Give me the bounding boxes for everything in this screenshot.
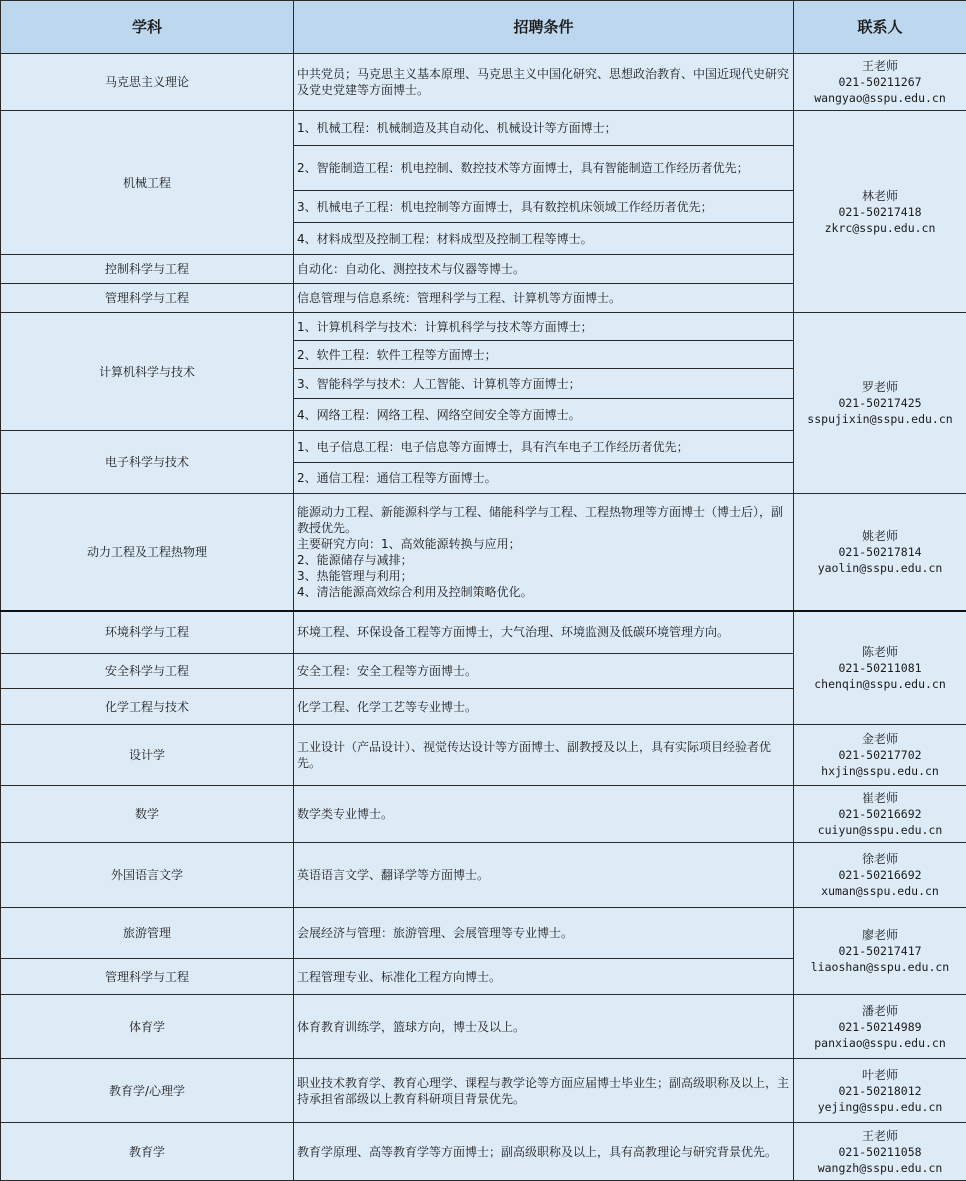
subject-cell: 马克思主义理论 (1, 54, 294, 111)
requirement-line: 3、热能管理与利用； (297, 568, 790, 584)
table-row: 数学 数学类专业博士。 崔老师 021-50216692 cuiyun@sspu… (1, 786, 966, 843)
contact-phone: 021-50211267 (794, 74, 966, 90)
subject-cell: 计算机科学与技术 (1, 313, 294, 431)
table-row: 计算机科学与技术 1、计算机科学与技术：计算机科学与技术等方面博士； 罗老师 0… (1, 313, 966, 341)
subject-cell: 管理科学与工程 (1, 959, 294, 995)
subject-cell: 外国语言文学 (1, 843, 294, 908)
contact-cell: 罗老师 021-50217425 sspujixin@sspu.edu.cn (794, 313, 966, 494)
contact-email: sspujixin@sspu.edu.cn (794, 411, 966, 427)
contact-email: panxiao@sspu.edu.cn (794, 1035, 966, 1051)
subject-cell: 教育学/心理学 (1, 1059, 294, 1123)
contact-cell: 廖老师 021-50217417 liaoshan@sspu.edu.cn (794, 908, 966, 995)
table-row: 教育学/心理学 职业技术教育学、教育心理学、课程与教学论等方面应届博士毕业生；副… (1, 1059, 966, 1123)
requirement-cell: 数学类专业博士。 (294, 786, 794, 843)
contact-phone: 021-50217417 (794, 943, 966, 959)
subject-cell: 教育学 (1, 1123, 294, 1181)
contact-email: liaoshan@sspu.edu.cn (794, 959, 966, 975)
table-row: 教育学 教育学原理、高等教育学等方面博士；副高级职称及以上，具有高教理论与研究背… (1, 1123, 966, 1181)
requirement-cell: 2、通信工程：通信工程等方面博士。 (294, 463, 794, 494)
table-row: 机械工程 1、机械工程：机械制造及其自动化、机械设计等方面博士； 林老师 021… (1, 111, 966, 146)
contact-phone: 021-50216692 (794, 867, 966, 883)
header-requirements: 招聘条件 (294, 1, 794, 54)
contact-email: wangzh@sspu.edu.cn (794, 1160, 966, 1176)
requirement-cell: 1、计算机科学与技术：计算机科学与技术等方面博士； (294, 313, 794, 341)
subject-cell: 旅游管理 (1, 908, 294, 959)
requirement-cell: 信息管理与信息系统：管理科学与工程、计算机等方面博士。 (294, 284, 794, 313)
contact-phone: 021-50217418 (794, 204, 966, 220)
contact-email: hxjin@sspu.edu.cn (794, 763, 966, 779)
requirement-cell: 3、机械电子工程：机电控制等方面博士，具有数控机床领域工作经历者优先； (294, 191, 794, 223)
subject-cell: 安全科学与工程 (1, 654, 294, 689)
requirement-cell: 1、电子信息工程：电子信息等方面博士，具有汽车电子工作经历者优先； (294, 431, 794, 463)
subject-cell: 管理科学与工程 (1, 284, 294, 313)
contact-name: 林老师 (794, 188, 966, 204)
contact-email: chenqin@sspu.edu.cn (794, 676, 966, 692)
contact-cell: 王老师 021-50211058 wangzh@sspu.edu.cn (794, 1123, 966, 1181)
contact-email: wangyao@sspu.edu.cn (794, 90, 966, 106)
requirement-cell: 职业技术教育学、教育心理学、课程与教学论等方面应届博士毕业生；副高级职称及以上，… (294, 1059, 794, 1123)
table-row: 旅游管理 会展经济与管理：旅游管理、会展管理等专业博士。 廖老师 021-502… (1, 908, 966, 959)
contact-email: xuman@sspu.edu.cn (794, 883, 966, 899)
contact-cell: 陈老师 021-50211081 chenqin@sspu.edu.cn (794, 611, 966, 725)
contact-cell: 潘老师 021-50214989 panxiao@sspu.edu.cn (794, 995, 966, 1059)
recruitment-table: 学科 招聘条件 联系人 马克思主义理论 中共党员；马克思主义基本原理、马克思主义… (0, 0, 966, 1181)
subject-cell: 设计学 (1, 725, 294, 786)
contact-name: 廖老师 (794, 927, 966, 943)
contact-phone: 021-50216692 (794, 806, 966, 822)
contact-name: 陈老师 (794, 644, 966, 660)
contact-name: 罗老师 (794, 379, 966, 395)
requirement-cell: 4、网络工程：网络工程、网络空间安全等方面博士。 (294, 399, 794, 431)
subject-cell: 环境科学与工程 (1, 611, 294, 654)
subject-cell: 体育学 (1, 995, 294, 1059)
requirement-cell: 能源动力工程、新能源科学与工程、储能科学与工程、工程热物理等方面博士（博士后），… (294, 494, 794, 611)
contact-phone: 021-50217814 (794, 544, 966, 560)
header-row: 学科 招聘条件 联系人 (1, 1, 966, 54)
contact-cell: 崔老师 021-50216692 cuiyun@sspu.edu.cn (794, 786, 966, 843)
requirement-cell: 教育学原理、高等教育学等方面博士；副高级职称及以上，具有高教理论与研究背景优先。 (294, 1123, 794, 1181)
header-contact: 联系人 (794, 1, 966, 54)
requirement-cell: 4、材料成型及控制工程：材料成型及控制工程等博士。 (294, 223, 794, 255)
table-row: 设计学 工业设计（产品设计）、视觉传达设计等方面博士、副教授及以上，具有实际项目… (1, 725, 966, 786)
contact-name: 王老师 (794, 58, 966, 74)
requirement-line: 主要研究方向：1、高效能源转换与应用； (297, 536, 790, 552)
requirement-line: 2、能源储存与减排； (297, 552, 790, 568)
requirement-cell: 中共党员；马克思主义基本原理、马克思主义中国化研究、思想政治教育、中国近现代史研… (294, 54, 794, 111)
subject-cell: 机械工程 (1, 111, 294, 255)
requirement-cell: 自动化：自动化、测控技术与仪器等博士。 (294, 255, 794, 284)
contact-email: yejing@sspu.edu.cn (794, 1099, 966, 1115)
contact-phone: 021-50217702 (794, 747, 966, 763)
contact-phone: 021-50211058 (794, 1144, 966, 1160)
requirement-cell: 3、智能科学与技术：人工智能、计算机等方面博士； (294, 369, 794, 399)
contact-name: 叶老师 (794, 1067, 966, 1083)
contact-email: cuiyun@sspu.edu.cn (794, 822, 966, 838)
subject-cell: 控制科学与工程 (1, 255, 294, 284)
requirement-cell: 体育教育训练学，篮球方向，博士及以上。 (294, 995, 794, 1059)
requirement-cell: 化学工程、化学工艺等专业博士。 (294, 689, 794, 725)
requirement-cell: 工业设计（产品设计）、视觉传达设计等方面博士、副教授及以上，具有实际项目经验者优… (294, 725, 794, 786)
subject-cell: 数学 (1, 786, 294, 843)
contact-email: yaolin@sspu.edu.cn (794, 560, 966, 576)
contact-cell: 金老师 021-50217702 hxjin@sspu.edu.cn (794, 725, 966, 786)
contact-phone: 021-50218012 (794, 1083, 966, 1099)
contact-cell: 林老师 021-50217418 zkrc@sspu.edu.cn (794, 111, 966, 313)
contact-email: zkrc@sspu.edu.cn (794, 220, 966, 236)
subject-cell: 电子科学与技术 (1, 431, 294, 494)
requirement-cell: 2、软件工程：软件工程等方面博士； (294, 341, 794, 369)
table-row: 动力工程及工程热物理 能源动力工程、新能源科学与工程、储能科学与工程、工程热物理… (1, 494, 966, 611)
table-row: 体育学 体育教育训练学，篮球方向，博士及以上。 潘老师 021-50214989… (1, 995, 966, 1059)
contact-name: 徐老师 (794, 851, 966, 867)
requirement-cell: 会展经济与管理：旅游管理、会展管理等专业博士。 (294, 908, 794, 959)
contact-name: 王老师 (794, 1128, 966, 1144)
requirement-cell: 工程管理专业、标准化工程方向博士。 (294, 959, 794, 995)
contact-name: 姚老师 (794, 528, 966, 544)
contact-name: 潘老师 (794, 1003, 966, 1019)
table-row: 马克思主义理论 中共党员；马克思主义基本原理、马克思主义中国化研究、思想政治教育… (1, 54, 966, 111)
contact-phone: 021-50211081 (794, 660, 966, 676)
requirement-cell: 英语语言文学、翻译学等方面博士。 (294, 843, 794, 908)
contact-name: 金老师 (794, 731, 966, 747)
requirement-line: 能源动力工程、新能源科学与工程、储能科学与工程、工程热物理等方面博士（博士后），… (297, 504, 790, 536)
contact-phone: 021-50217425 (794, 395, 966, 411)
contact-cell: 王老师 021-50211267 wangyao@sspu.edu.cn (794, 54, 966, 111)
table-row: 环境科学与工程 环境工程、环保设备工程等方面博士，大气治理、环境监测及低碳环境管… (1, 611, 966, 654)
requirement-cell: 2、智能制造工程：机电控制、数控技术等方面博士，具有智能制造工作经历者优先； (294, 146, 794, 191)
requirement-cell: 1、机械工程：机械制造及其自动化、机械设计等方面博士； (294, 111, 794, 146)
subject-cell: 化学工程与技术 (1, 689, 294, 725)
contact-phone: 021-50214989 (794, 1019, 966, 1035)
subject-cell: 动力工程及工程热物理 (1, 494, 294, 611)
header-subject: 学科 (1, 1, 294, 54)
table-row: 外国语言文学 英语语言文学、翻译学等方面博士。 徐老师 021-50216692… (1, 843, 966, 908)
contact-cell: 徐老师 021-50216692 xuman@sspu.edu.cn (794, 843, 966, 908)
requirement-cell: 安全工程：安全工程等方面博士。 (294, 654, 794, 689)
contact-cell: 叶老师 021-50218012 yejing@sspu.edu.cn (794, 1059, 966, 1123)
contact-cell: 姚老师 021-50217814 yaolin@sspu.edu.cn (794, 494, 966, 611)
contact-name: 崔老师 (794, 790, 966, 806)
requirement-line: 4、清洁能源高效综合利用及控制策略优化。 (297, 584, 790, 600)
requirement-cell: 环境工程、环保设备工程等方面博士，大气治理、环境监测及低碳环境管理方向。 (294, 611, 794, 654)
